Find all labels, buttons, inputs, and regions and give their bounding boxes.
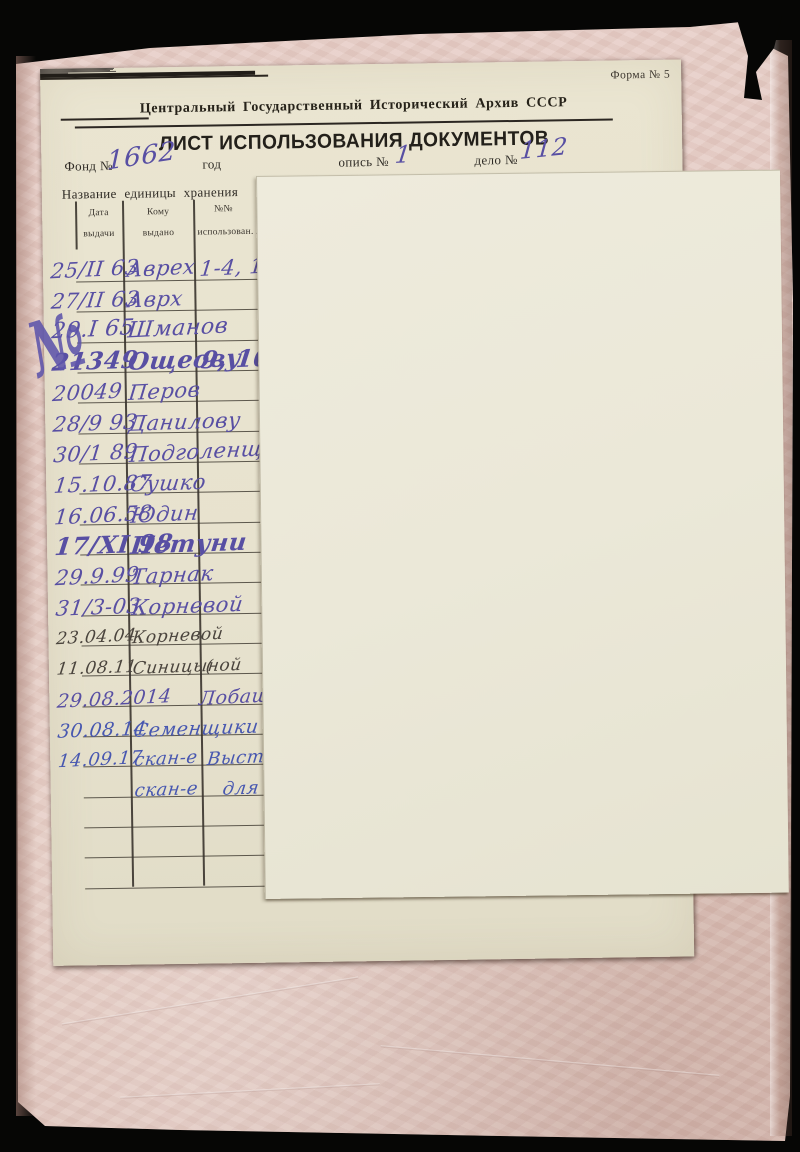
- folder-left-shadow: [16, 56, 36, 1116]
- entry-to: Юдин: [129, 497, 200, 530]
- entry-to: Аврех: [125, 252, 197, 285]
- entry-to: Сушко: [128, 467, 208, 500]
- entry-to: Аврх: [126, 283, 185, 315]
- entry-to: Подголенщ: [128, 434, 265, 471]
- entry-to: Синицыной: [131, 650, 244, 684]
- entry-to: скан-е: [132, 743, 199, 776]
- entry-to: Петуни: [129, 527, 249, 561]
- entry-to: Данилову: [127, 404, 242, 438]
- entry-date: 14.09.17: [56, 743, 144, 777]
- entry-date: 11.08.11: [55, 652, 139, 685]
- scanned-archive-page: Форма № 5 Центральный Государственный Ис…: [0, 0, 800, 1152]
- entry-sheets: для: [221, 773, 261, 804]
- entry-date: 29.08.2014: [55, 681, 173, 717]
- entry-to: Шманов: [126, 312, 230, 347]
- entry-to: Корневой: [131, 619, 225, 654]
- entry-date: 29.9.99: [54, 559, 141, 593]
- entry-date: 30/1 89: [52, 436, 140, 470]
- blank-overlay-sheet: [256, 170, 789, 899]
- entry-to: Тарнак: [130, 558, 215, 592]
- entry-date: 28/9 93: [51, 406, 139, 439]
- entry-to: Семенщики: [132, 711, 261, 746]
- entry-to: Перов: [127, 374, 202, 408]
- entry-to: Лобаш: [198, 680, 272, 714]
- entry-date: 31/3-03: [54, 590, 142, 623]
- entry-to: Корневой: [130, 589, 245, 623]
- entry-date: 23.04.04: [55, 621, 138, 655]
- entry-to: скан-е: [133, 774, 200, 806]
